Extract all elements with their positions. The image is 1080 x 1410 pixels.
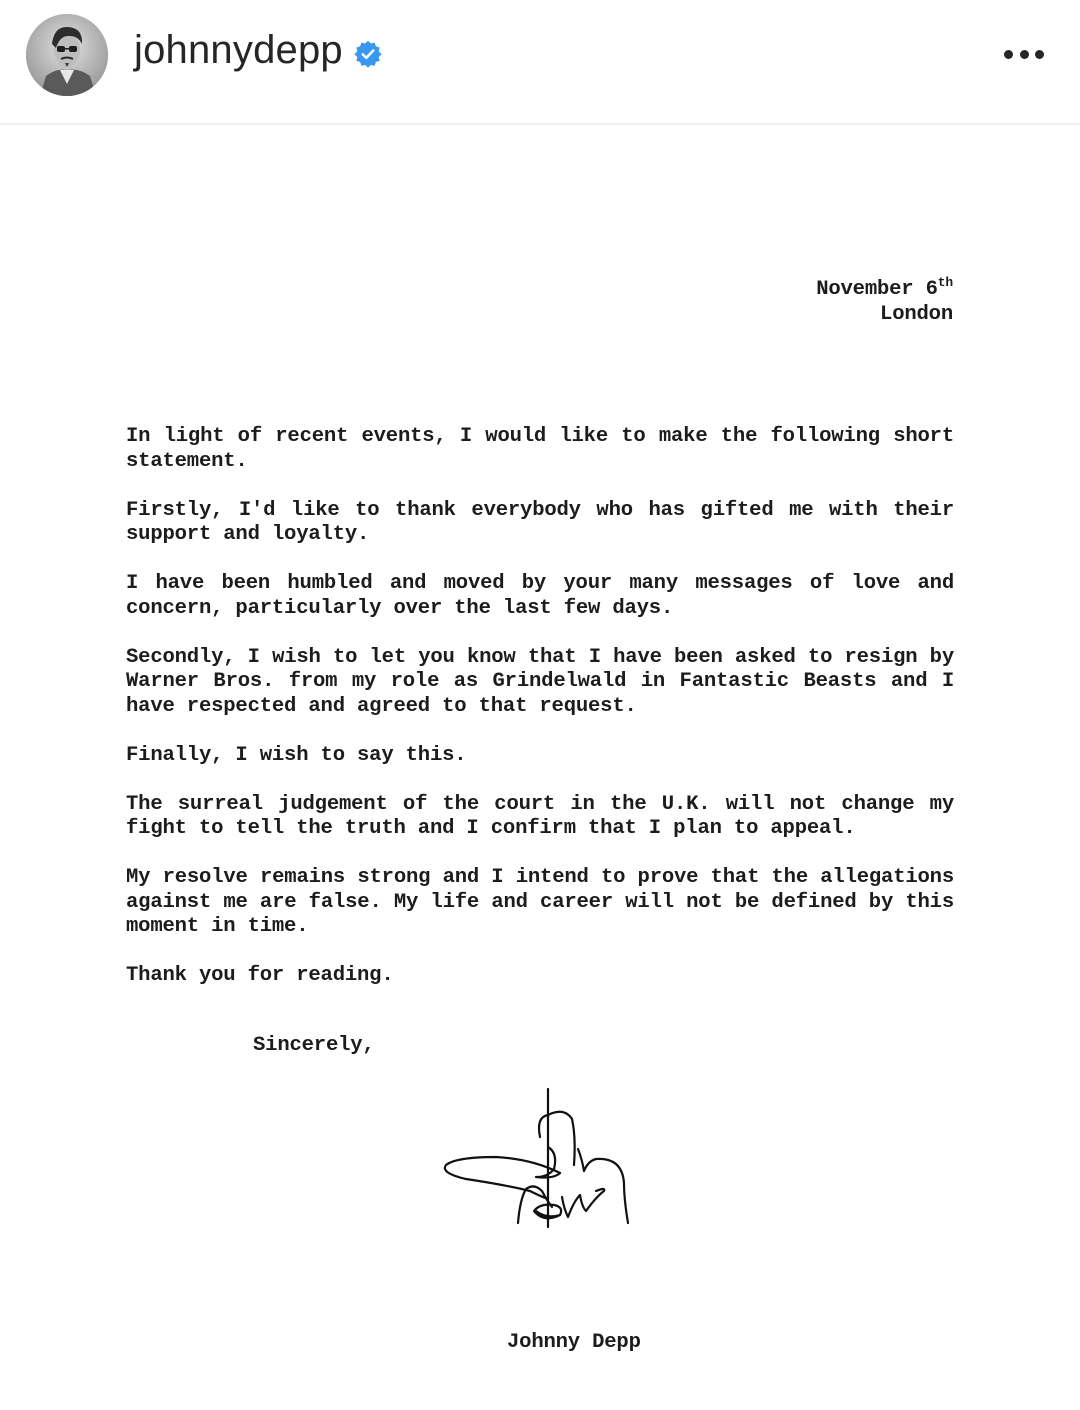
letter-image: November 6th London In light of recent e… xyxy=(0,125,1080,1410)
letter-body: In light of recent events, I would like … xyxy=(126,425,954,1013)
dot xyxy=(1035,50,1044,59)
profile-photo-icon xyxy=(26,14,108,96)
letter-paragraph: The surreal judgement of the court in th… xyxy=(126,793,954,842)
verified-badge-icon xyxy=(354,40,382,68)
letter-paragraph: Thank you for reading. xyxy=(126,964,954,989)
signed-name: Johnny Depp xyxy=(507,1331,641,1356)
letter-closing: Sincerely, xyxy=(253,1034,375,1059)
letter-paragraph: Firstly, I'd like to thank everybody who… xyxy=(126,499,954,548)
dot xyxy=(1004,50,1013,59)
profile-avatar[interactable] xyxy=(26,14,108,96)
letter-location: London xyxy=(816,303,953,328)
letter-paragraph: In light of recent events, I would like … xyxy=(126,425,954,474)
letter-date-block: November 6th London xyxy=(816,278,953,327)
letter-paragraph: My resolve remains strong and I intend t… xyxy=(126,866,954,940)
post-header: johnnydepp xyxy=(0,0,1080,125)
letter-paragraph: Secondly, I wish to let you know that I … xyxy=(126,646,954,720)
letter-paragraph: Finally, I wish to say this. xyxy=(126,744,954,769)
letter-paragraph: I have been humbled and moved by your ma… xyxy=(126,572,954,621)
dot xyxy=(1020,50,1029,59)
letter-date: November 6th xyxy=(816,278,953,303)
signature-icon xyxy=(436,1087,641,1232)
username-link[interactable]: johnnydepp xyxy=(134,28,343,73)
more-options-icon[interactable] xyxy=(1004,44,1044,64)
